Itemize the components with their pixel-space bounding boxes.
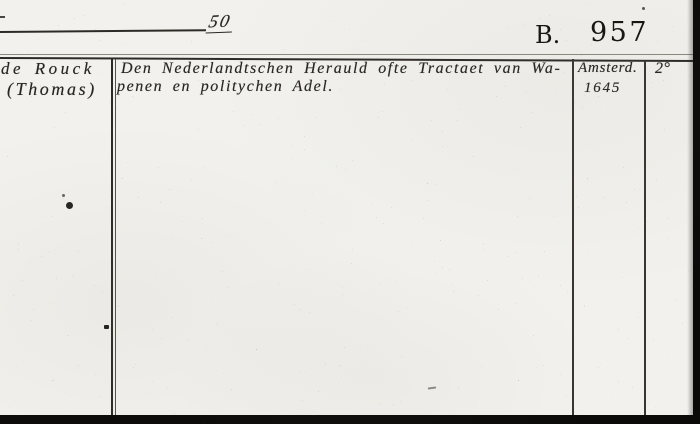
format-size: 2° (655, 60, 670, 78)
page-number: 50 (206, 11, 237, 34)
column-rule-author-title-outer (111, 59, 113, 416)
imprint-year: 1645 (584, 80, 621, 97)
column-rule-title-imprint (572, 59, 574, 416)
title-line-2: penen en politychen Adel. (117, 78, 334, 96)
series-letter: B. (535, 21, 560, 49)
author-forename: (Thomas) (7, 79, 97, 100)
scan-edge-bottom (0, 415, 700, 424)
scan-edge-right (693, 0, 700, 424)
entry-number: 957 (590, 17, 649, 48)
faint-dash-mark (428, 386, 436, 389)
column-rule-author-title-inner (115, 59, 116, 416)
top-right-dot (642, 7, 645, 10)
column-rule-imprint-format (644, 61, 646, 416)
imprint-place: Amsterd. (578, 60, 638, 77)
ink-dot (62, 194, 65, 197)
folio-rule (0, 29, 206, 33)
left-edge-mark (0, 16, 5, 18)
ink-blot (66, 202, 73, 209)
rule-speck (104, 325, 109, 329)
scanned-catalog-page: 50 B. 957 de Rouck (Thomas) Den Nederlan… (0, 0, 700, 424)
table-top-border-thin (0, 54, 700, 55)
author-surname: de Rouck (1, 59, 95, 79)
title-line-1: Den Nederlandtschen Herauld ofte Tractae… (121, 60, 561, 78)
